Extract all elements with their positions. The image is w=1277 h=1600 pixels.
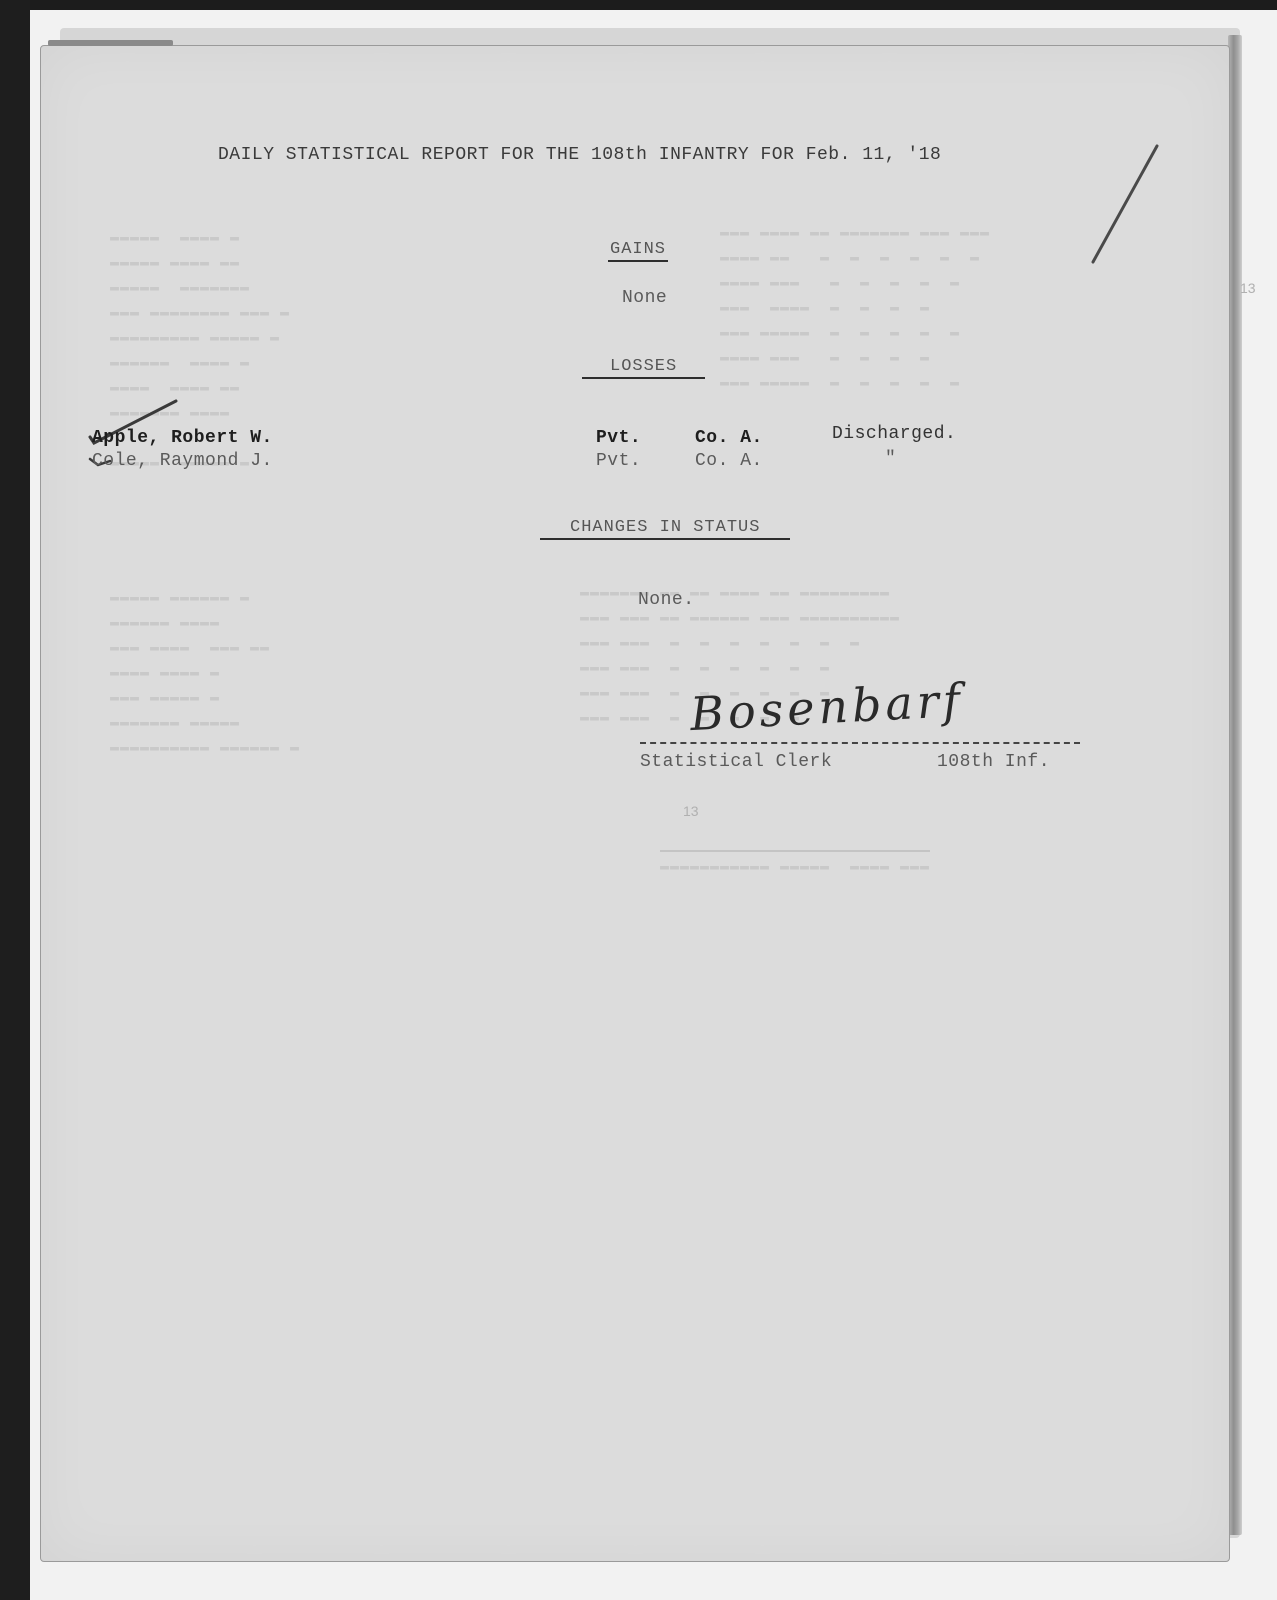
changes-in-status-content: None. — [638, 590, 695, 610]
signature-line — [640, 742, 1080, 744]
entry-rank: Pvt. — [596, 451, 641, 471]
entry-name: Apple, Robert W. — [92, 428, 273, 448]
entry-company: Co. A. — [695, 428, 763, 448]
scan-border-top — [0, 0, 1277, 10]
entry-name: Cole, Raymond J. — [92, 451, 273, 471]
losses-heading: LOSSES — [582, 357, 705, 379]
gains-content: None — [622, 288, 667, 308]
signature-unit: 108th Inf. — [937, 752, 1050, 772]
scan-border-left — [0, 0, 30, 1600]
bleed-through-text-right: ▬▬▬ ▬▬▬▬ ▬▬ ▬▬▬▬▬▬▬ ▬▬▬ ▬▬▬ ▬▬▬▬ ▬▬ ▬ ▬ … — [720, 220, 990, 395]
entry-rank: Pvt. — [596, 428, 641, 448]
page-fold-shadow — [48, 40, 173, 46]
entry-company: Co. A. — [695, 451, 763, 471]
changes-in-status-heading: CHANGES IN STATUS — [540, 518, 790, 540]
stacked-page-edges — [1228, 35, 1242, 1535]
bleed-through-signature: ▬▬▬▬▬▬▬▬▬▬▬ ▬▬▬▬▬ ▬▬▬▬ ▬▬▬ — [660, 850, 930, 879]
report-title: DAILY STATISTICAL REPORT FOR THE 108th I… — [218, 145, 941, 165]
bleed-through-text-left-2: ▬▬▬▬▬ ▬▬▬▬▬▬ ▬ ▬▬▬▬▬▬ ▬▬▬▬ ▬▬▬ ▬▬▬▬ ▬▬▬ … — [110, 585, 300, 760]
entry-action: " — [885, 449, 896, 469]
entry-action: Discharged. — [832, 424, 956, 444]
gains-heading: GAINS — [608, 240, 668, 262]
signature-title: Statistical Clerk — [640, 752, 832, 772]
page-number-mark-edge: 13 — [1240, 280, 1256, 296]
page-number-mark: 13 — [683, 803, 699, 819]
pencil-slash-mark — [1085, 140, 1165, 270]
